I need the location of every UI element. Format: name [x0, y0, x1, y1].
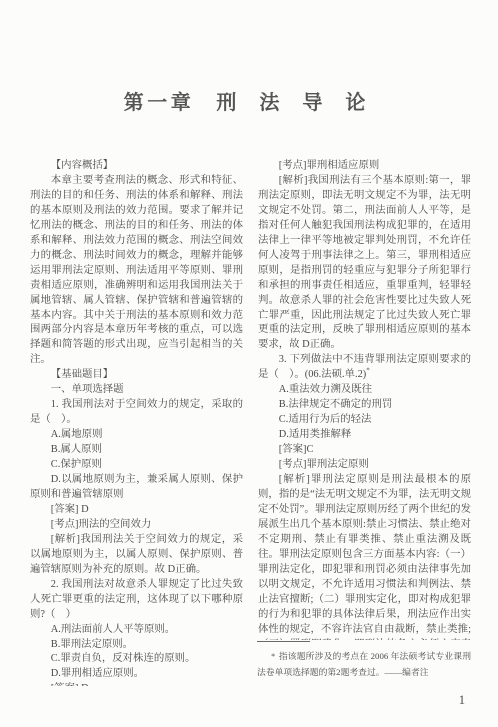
question3-stem-text: 3. 下列做法中不违背罪刑法定原则要求的是（ ）。(06.法硕.单.2)	[258, 354, 471, 380]
single-choice-section-header: 一、单项选择题	[30, 383, 243, 398]
footnote-divider	[257, 641, 310, 642]
basic-questions-header: 【基础题目】	[30, 368, 243, 383]
question1-option-c: C.保护原则	[30, 458, 243, 473]
question2-analysis: [解析]我国刑法有三个基本原则:第一，罪刑法定原则，即法无明文规定不为罪，法无明…	[258, 174, 471, 353]
question1-stem: 1. 我国刑法对于空间效力的规定，采取的是（ ）。	[30, 398, 243, 428]
question2-option-b: B.罪刑法定原则。	[30, 638, 243, 653]
question2-answer: [答案] D	[30, 682, 243, 686]
question2-option-a: A.刑法面前人人平等原则。	[30, 623, 243, 638]
question1-analysis: [解析]我国刑法关于空间效力的规定，采以属地原则为主，以属人原则、保护原则、普遍…	[30, 533, 243, 578]
footnote-marker: *	[271, 652, 275, 661]
question1-option-b: B.属人原则	[30, 443, 243, 458]
question2-option-d: D.罪刑相适应原则。	[30, 667, 243, 682]
footnote-reference-marker: *	[366, 367, 370, 375]
question2-stem: 2. 我国刑法对故意杀人罪规定了比过失致人死亡罪更重的法定刑，这体现了以下哪种原…	[30, 578, 243, 623]
question3-option-a: A.重法效力溯及既往	[258, 383, 471, 398]
footnote-body: 指该题所涉及的考点在 2006 年法硕考试专业课刑法卷单项选择题的第2题考查过。…	[257, 651, 471, 677]
question3-option-d: D.适用类推解释	[258, 428, 471, 443]
question2-option-c: C.罪责自负，反对株连的原则。	[30, 652, 243, 667]
question2-exam-point: [考点]罪刑相适应原则	[258, 159, 471, 174]
content-summary-header: 【内容概括】	[30, 159, 243, 174]
question3-analysis: [解析]罪刑法定原则是刑法最根本的原则，指的是“法无明文规定不为罪，法无明文规定…	[258, 473, 471, 640]
question3-option-b: B.法律规定不确定的刑罚	[258, 398, 471, 413]
question1-option-d: D.以属地原则为主，兼采属人原则、保护原则和普遍管辖原则	[30, 473, 243, 503]
question1-option-a: A.属地原则	[30, 428, 243, 443]
question3-answer: [答案]C	[258, 443, 471, 458]
chapter-name: 刑 法 导 论	[216, 92, 374, 114]
page-number: 1	[459, 693, 465, 708]
question1-answer: [答案] D	[30, 503, 243, 518]
right-column: [考点]罪刑相适应原则 [解析]我国刑法有三个基本原则:第一，罪刑法定原则，即法…	[258, 159, 471, 640]
text-columns: 【内容概括】 本章主要考查刑法的概念、形式和特征、刑法的目的和任务、刑法的体系和…	[30, 159, 471, 686]
footnote-text: *指该题所涉及的考点在 2006 年法硕考试专业课刑法卷单项选择题的第2题考查过…	[257, 649, 471, 679]
question3-stem: 3. 下列做法中不违背罪刑法定原则要求的是（ ）。(06.法硕.单.2)*	[258, 353, 471, 383]
book-page: 第一章刑 法 导 论 【内容概括】 本章主要考查刑法的概念、形式和特征、刑法的目…	[0, 0, 498, 727]
chapter-number: 第一章	[124, 92, 195, 114]
question3-option-c: C.适用行为后的轻法	[258, 413, 471, 428]
left-column: 【内容概括】 本章主要考查刑法的概念、形式和特征、刑法的目的和任务、刑法的体系和…	[30, 159, 243, 686]
footnote: *指该题所涉及的考点在 2006 年法硕考试专业课刑法卷单项选择题的第2题考查过…	[257, 641, 471, 679]
chapter-title: 第一章刑 法 导 论	[0, 86, 498, 115]
question1-exam-point: [考点]刑法的空间效力	[30, 518, 243, 533]
content-summary-paragraph: 本章主要考查刑法的概念、形式和特征、刑法的目的和任务、刑法的体系和解释、刑法的基…	[30, 174, 243, 368]
question3-exam-point: [考点]罪刑法定原则	[258, 458, 471, 473]
